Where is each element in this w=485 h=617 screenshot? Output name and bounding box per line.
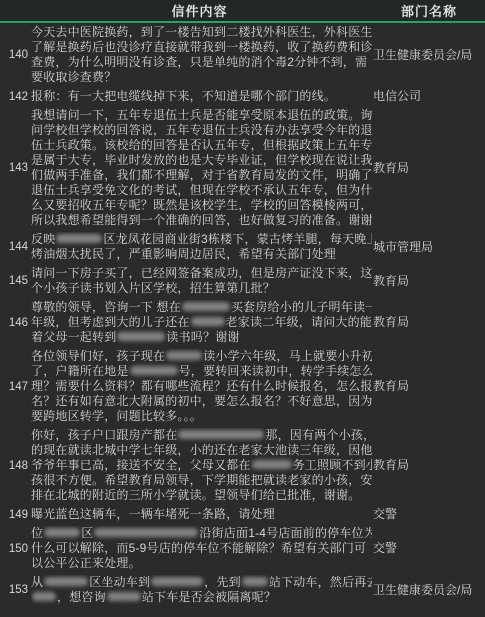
- redacted-text: [44, 528, 80, 537]
- content-text: 是属于大专，毕业时发放的也是大专毕业证，但学校现在说让我: [31, 153, 372, 167]
- content-line: 孩很不方便。希望教育局领导，下学期能把就读老家的小孩，安: [31, 473, 372, 488]
- table-row: 149曝光蓝色这辆车，一辆车堵死一条路，请处理交警: [0, 505, 485, 524]
- content-text: 问学校但学校的回答说，五年专退伍士兵没有办法享受今年的退: [31, 123, 372, 137]
- content-text: 名？还有如有意北大附属的初中，要怎么报名？不好意思，因为: [31, 394, 372, 408]
- redacted-text: [44, 577, 88, 586]
- content-text: 以公平公正来处理。: [31, 556, 141, 570]
- row-number: 140: [0, 49, 31, 61]
- content-line: 爷爷年事已高，接送不安全，父母又都在务工照顾不到小: [31, 458, 372, 473]
- department-name: 教育局: [372, 458, 485, 473]
- redacted-text: [242, 577, 268, 586]
- letter-content: 位区沿街店面1-4号店面前的停车位为什么可以解除，而5-9号店的停车位不能解除？…: [31, 526, 372, 571]
- table-row: 142报称：有一大把电缆线掉下来，不知道是哪个部门的线。电信公司: [0, 87, 485, 106]
- content-text: 报称：有一大把电缆线掉下来，不知道是哪个部门的线。: [31, 89, 336, 103]
- content-text: 老家读二年级，请问大的能跟: [226, 315, 372, 329]
- table-header: 信件内容 部门名称: [0, 0, 485, 23]
- content-line: 请问一下房子买了，已经网签备案成功，但是房产证没下来，这: [31, 266, 372, 281]
- content-line: 查费，为什么明明没有诊查，只是单纯的消个毒2分钟不到，需: [31, 55, 372, 70]
- content-text: 要收取诊查费？: [31, 70, 116, 84]
- department-name: 卫生健康委员会/局: [372, 48, 485, 63]
- content-line: 烤油烟太扰民了，严重影响周边居民，希望有关部门处理: [31, 247, 372, 262]
- table-row: 144反映区龙凤花园商业街3栋楼下，蒙古烤羊腿，每天晚上烧烤油烟太扰民了，严重影…: [0, 230, 485, 264]
- row-number: 148: [0, 460, 31, 472]
- content-line: 要跨地区转学，问题比较多。。。: [31, 409, 372, 424]
- content-text: 站下车是否会被隔离呢？: [142, 590, 276, 604]
- content-line: 了解是换药后也没诊疗直接就带我到一楼换药，收了换药费和诊: [31, 40, 372, 55]
- department-name: 卫生健康委员会/局: [372, 583, 485, 598]
- row-number: 150: [0, 543, 31, 555]
- content-text: 查费，为什么明明没有诊查，只是单纯的消个毒2分钟不到，需: [31, 55, 367, 69]
- content-line: 我想请问一下，五年专退伍士兵是否能享受原本退伍的政策。询: [31, 108, 372, 123]
- content-text: 孩很不方便。希望教育局领导，下学期能把就读老家的小孩，安: [31, 473, 372, 487]
- department-name: 教育局: [372, 161, 485, 176]
- content-text: 区坐动车到: [89, 575, 150, 589]
- letter-content: 你好，孩子户口跟房产都在那，因有两个小孩，大的现在就读北城中学七年级，小的还在老…: [31, 428, 372, 503]
- redacted-text: [178, 430, 264, 439]
- redacted-text: [130, 366, 178, 375]
- redacted-text: [166, 351, 202, 360]
- content-line: 曝光蓝色这辆车，一辆车堵死一条路，请处理: [31, 507, 372, 522]
- content-text: 读小学六年级，马上就要小升初: [203, 349, 372, 363]
- content-text: 买套房给小的儿子明年读一: [231, 300, 372, 314]
- content-text: 理？需要什么资料？都有哪些流程？还有什么时候报名，怎么报: [31, 379, 372, 393]
- content-text: 区: [81, 526, 93, 540]
- content-text: 的现在就读北城中学七年级，小的还在老家大池读三年级，因他: [31, 443, 372, 457]
- table-row: 143我想请问一下，五年专退伍士兵是否能享受原本退伍的政策。询问学校但学校的回答…: [0, 106, 485, 230]
- content-text: 各位领导们好，孩子现在: [31, 349, 165, 363]
- content-text: 了解是换药后也没诊疗直接就带我到一楼换药，收了换药费和诊: [31, 40, 372, 54]
- row-number: 143: [0, 162, 31, 174]
- table-row: 145请问一下房子买了，已经网签备案成功，但是房产证没下来，这个小孩子读书划入片…: [0, 264, 485, 298]
- content-line: 什么可以解除，而5-9号店的停车位不能解除？希望有关部门可: [31, 541, 372, 556]
- content-text: ，想咨询: [57, 590, 106, 604]
- letter-content: 尊敬的领导，咨询一下 想在买套房给小的儿子明年读一年级，但考虑到大的儿子还在老家…: [31, 300, 372, 345]
- content-line: 退伍士兵享受免文化的考试，但现在学校不承认五年专，但为什: [31, 183, 372, 198]
- table-row: 150位区沿街店面1-4号店面前的停车位为什么可以解除，而5-9号店的停车位不能…: [0, 524, 485, 573]
- content-line: 要收取诊查费？: [31, 70, 372, 85]
- row-number: 146: [0, 317, 31, 329]
- content-text: 伍士兵政策。该校给的回答是否认五年专，但根据政策上五年专: [31, 138, 372, 152]
- table-row: 147各位领导们好，孩子现在读小学六年级，马上就要小升初了，户籍所在地是号，要转…: [0, 347, 485, 426]
- letter-content: 报称：有一大把电缆线掉下来，不知道是哪个部门的线。: [31, 89, 372, 104]
- row-number: 147: [0, 381, 31, 393]
- content-line: 位区沿街店面1-4号店面前的停车位为: [31, 526, 372, 541]
- letter-content: 今天去中医院换药，到了一楼告知到二楼找外科医生，外科医生了解是换药后也没诊疗直接…: [31, 25, 372, 85]
- content-text: 沿街店面1-4号店面前的停车位为: [199, 526, 372, 540]
- row-number: 153: [0, 584, 31, 596]
- table-row: 153从区坐动车到，先到站下动车，然后再去，想咨询站下车是否会被隔离呢？卫生健康…: [0, 573, 485, 607]
- redacted-text: [151, 577, 203, 586]
- content-text: 要跨地区转学，问题比较多。。。: [31, 409, 202, 423]
- content-text: 什么可以解除，而5-9号店的停车位不能解除？希望有关部门可: [31, 541, 366, 555]
- department-name: 城市管理局: [372, 240, 485, 255]
- content-line: 尊敬的领导，咨询一下 想在买套房给小的儿子明年读一: [31, 300, 372, 315]
- content-line: 是属于大专，毕业时发放的也是大专毕业证，但学校现在说让我: [31, 153, 372, 168]
- content-line: 年级，但考虑到大的儿子还在老家读二年级，请问大的能跟: [31, 315, 372, 330]
- content-text: 务工照顾不到小: [293, 458, 372, 472]
- letter-content: 从区坐动车到，先到站下动车，然后再去，想咨询站下车是否会被隔离呢？: [31, 575, 372, 605]
- table-body: 140今天去中医院换药，到了一楼告知到二楼找外科医生，外科医生了解是换药后也没诊…: [0, 23, 485, 607]
- content-line: ，想咨询站下车是否会被隔离呢？: [31, 590, 372, 605]
- redacted-text: [182, 302, 230, 311]
- content-line: 理？需要什么资料？都有哪些流程？还有什么时候报名，怎么报: [31, 379, 372, 394]
- content-text: 们做两手准备，我们都不理解，对于省教育局发的文件，明确了: [31, 168, 372, 182]
- redacted-text: [94, 528, 198, 537]
- content-line: 名？还有如有意北大附属的初中，要怎么报名？不好意思，因为: [31, 394, 372, 409]
- table-row: 146尊敬的领导，咨询一下 想在买套房给小的儿子明年读一年级，但考虑到大的儿子还…: [0, 298, 485, 347]
- redacted-text: [107, 592, 141, 601]
- content-line: 所以我想希望能得到一个准确的回答，也好做复习的准备。谢谢: [31, 213, 372, 228]
- header-letter-content: 信件内容: [0, 1, 373, 20]
- content-text: ，先到: [204, 575, 241, 589]
- content-text: 退伍士兵享受免文化的考试，但现在学校不承认五年专，但为什: [31, 183, 372, 197]
- row-number: 149: [0, 509, 31, 521]
- letters-table: 信件内容 部门名称 140今天去中医院换药，到了一楼告知到二楼找外科医生，外科医…: [0, 0, 485, 607]
- content-text: 站下动车，然后再去: [269, 575, 372, 589]
- content-line: 问学校但学校的回答说，五年专退伍士兵没有办法享受今年的退: [31, 123, 372, 138]
- content-text: 个小孩子读书划入片区学校，招生算第几批？: [31, 281, 275, 295]
- content-text: 着父母一起转到: [31, 330, 116, 344]
- content-line: 伍士兵政策。该校给的回答是否认五年专，但根据政策上五年专: [31, 138, 372, 153]
- content-text: 反映: [31, 232, 55, 246]
- content-text: 号，要转回来读初中，转学手续怎么办: [179, 364, 372, 378]
- department-name: 教育局: [372, 315, 485, 330]
- table-row: 140今天去中医院换药，到了一楼告知到二楼找外科医生，外科医生了解是换药后也没诊…: [0, 23, 485, 87]
- table-row: 148你好，孩子户口跟房产都在那，因有两个小孩，大的现在就读北城中学七年级，小的…: [0, 426, 485, 505]
- content-line: 你好，孩子户口跟房产都在那，因有两个小孩，大: [31, 428, 372, 443]
- row-number: 144: [0, 241, 31, 253]
- content-text: 了，户籍所在地是: [31, 364, 129, 378]
- content-line: 排在北城的附近的三所小学就读。望领导们给已批准，谢谢。: [31, 488, 372, 503]
- content-text: 从: [31, 575, 43, 589]
- content-line: 么又要招收五年专呢？既然是该校学生，学校的回答模棱两可，: [31, 198, 372, 213]
- content-line: 以公平公正来处理。: [31, 556, 372, 571]
- content-line: 着父母一起转到读书吗？谢谢: [31, 330, 372, 345]
- content-text: 排在北城的附近的三所小学就读。望领导们给已批准，谢谢。: [31, 488, 360, 502]
- content-text: 曝光蓝色这辆车，一辆车堵死一条路，请处理: [31, 507, 275, 521]
- department-name: 交警: [372, 541, 485, 556]
- content-text: 年级，但考虑到大的儿子还在: [31, 315, 190, 329]
- content-text: 所以我想希望能得到一个准确的回答，也好做复习的准备。谢谢: [31, 213, 372, 227]
- content-line: 个小孩子读书划入片区学校，招生算第几批？: [31, 281, 372, 296]
- redacted-text: [56, 234, 102, 243]
- content-text: 请问一下房子买了，已经网签备案成功，但是房产证没下来，这: [31, 266, 372, 280]
- content-text: 我想请问一下，五年专退伍士兵是否能享受原本退伍的政策。询: [31, 108, 372, 122]
- content-line: 反映区龙凤花园商业街3栋楼下，蒙古烤羊腿，每天晚上烧: [31, 232, 372, 247]
- content-text: 烤油烟太扰民了，严重影响周边居民，希望有关部门处理: [31, 247, 336, 261]
- content-text: 那，因有两个小孩，大: [265, 428, 372, 442]
- letter-content: 曝光蓝色这辆车，一辆车堵死一条路，请处理: [31, 507, 372, 522]
- content-line: 各位领导们好，孩子现在读小学六年级，马上就要小升初: [31, 349, 372, 364]
- content-text: 你好，孩子户口跟房产都在: [31, 428, 177, 442]
- redacted-text: [117, 332, 165, 341]
- content-text: 今天去中医院换药，到了一楼告知到二楼找外科医生，外科医生: [31, 25, 372, 39]
- content-text: 尊敬的领导，咨询一下 想在: [31, 300, 181, 314]
- letter-content: 请问一下房子买了，已经网签备案成功，但是房产证没下来，这个小孩子读书划入片区学校…: [31, 266, 372, 296]
- department-name: 电信公司: [372, 89, 485, 104]
- content-text: 爷爷年事已高，接送不安全，父母又都在: [31, 458, 251, 472]
- content-line: 从区坐动车到，先到站下动车，然后再去: [31, 575, 372, 590]
- row-number: 142: [0, 91, 31, 103]
- content-line: 的现在就读北城中学七年级，小的还在老家大池读三年级，因他: [31, 443, 372, 458]
- redacted-text: [252, 460, 292, 469]
- content-line: 今天去中医院换药，到了一楼告知到二楼找外科医生，外科医生: [31, 25, 372, 40]
- department-name: 交警: [372, 507, 485, 522]
- letter-content: 我想请问一下，五年专退伍士兵是否能享受原本退伍的政策。询问学校但学校的回答说，五…: [31, 108, 372, 228]
- row-number: 145: [0, 275, 31, 287]
- content-text: 区龙凤花园商业街3栋楼下，蒙古烤羊腿，每天晚上烧: [103, 232, 372, 246]
- redacted-text: [32, 592, 56, 601]
- letter-content: 反映区龙凤花园商业街3栋楼下，蒙古烤羊腿，每天晚上烧烤油烟太扰民了，严重影响周边…: [31, 232, 372, 262]
- content-text: 么又要招收五年专呢？既然是该校学生，学校的回答模棱两可，: [31, 198, 372, 212]
- letter-content: 各位领导们好，孩子现在读小学六年级，马上就要小升初了，户籍所在地是号，要转回来读…: [31, 349, 372, 424]
- redacted-text: [191, 317, 225, 326]
- department-name: 教育局: [372, 274, 485, 289]
- content-line: 报称：有一大把电缆线掉下来，不知道是哪个部门的线。: [31, 89, 372, 104]
- content-line: 了，户籍所在地是号，要转回来读初中，转学手续怎么办: [31, 364, 372, 379]
- content-text: 位: [31, 526, 43, 540]
- header-department: 部门名称: [373, 1, 485, 20]
- department-name: 教育局: [372, 379, 485, 394]
- content-line: 们做两手准备，我们都不理解，对于省教育局发的文件，明确了: [31, 168, 372, 183]
- content-text: 读书吗？谢谢: [166, 330, 239, 344]
